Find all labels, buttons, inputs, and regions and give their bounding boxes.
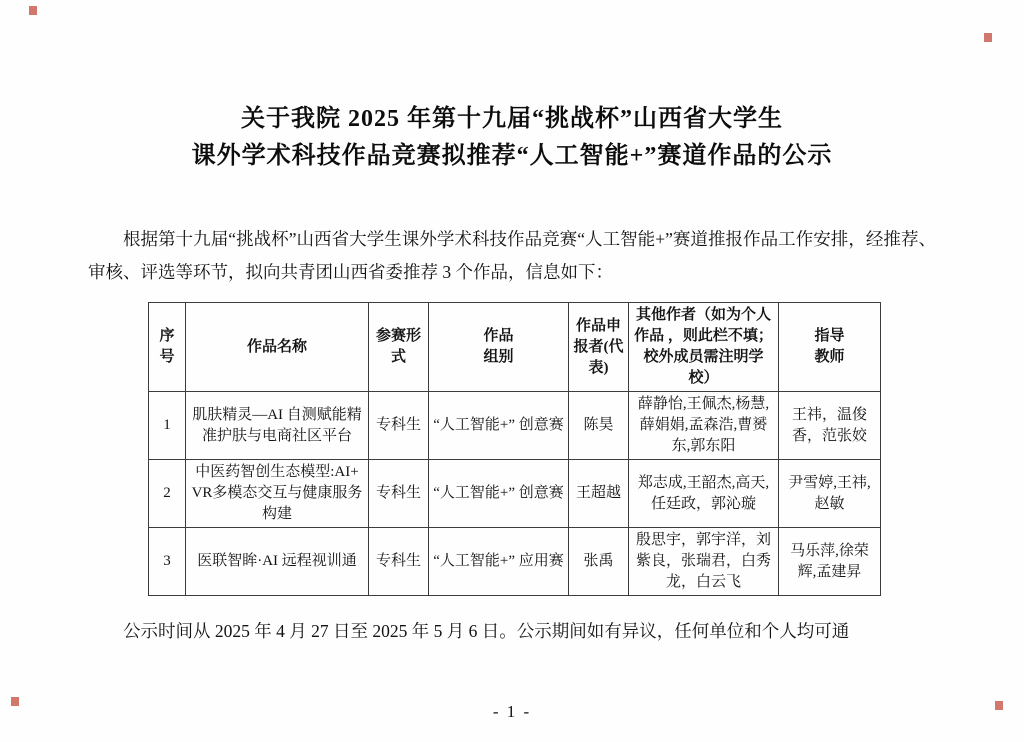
red-corner-mark-bottom-left — [11, 697, 19, 706]
row1-work-group: “人工智能+” 创意赛 — [429, 392, 569, 460]
row2-work-group: “人工智能+” 创意赛 — [429, 460, 569, 528]
row1-entry-form: 专科生 — [369, 392, 429, 460]
closing-paragraph: 公示时间从 2025 年 4 月 27 日至 2025 年 5 月 6 日。公示… — [88, 615, 936, 648]
header-other-authors: 其他作者（如为个人作品 ，则此栏不填；校外成员需注明学校） — [629, 303, 779, 392]
header-work-group: 作品 组别 — [429, 303, 569, 392]
document-title-line-2: 课外学术科技作品竞赛拟推荐“人工智能+”赛道作品的公示 — [0, 138, 1024, 175]
row3-advisors: 马乐萍,徐荣辉,孟建昇 — [779, 528, 881, 596]
row3-applicant: 张禹 — [569, 528, 629, 596]
row2-entry-form: 专科生 — [369, 460, 429, 528]
row1-other-authors: 薛静怡,王佩杰,杨慧,薛娟娟,孟森浩,曹赟东,郭东阳 — [629, 392, 779, 460]
red-corner-mark-top-right — [984, 33, 992, 42]
header-work-title: 作品名称 — [186, 303, 369, 392]
row2-other-authors: 郑志成,王韶杰,高天,任廷政，郭沁璇 — [629, 460, 779, 528]
document-title: 关于我院 2025 年第十九届“挑战杯”山西省大学生 课外学术科技作品竞赛拟推荐… — [0, 0, 1024, 175]
row1-work-title: 肌肤精灵—AI 自测赋能精准护肤与电商社区平台 — [186, 392, 369, 460]
red-corner-mark-top-left — [29, 6, 37, 15]
row1-advisors: 王祎，温俊香，范张姣 — [779, 392, 881, 460]
row1-applicant: 陈昊 — [569, 392, 629, 460]
header-entry-form: 参赛形式 — [369, 303, 429, 392]
table-row-2: 2 中医药智创生态模型:AI+VR多模态交互与健康服务构建 专科生 “人工智能+… — [149, 460, 881, 528]
table-row-1: 1 肌肤精灵—AI 自测赋能精准护肤与电商社区平台 专科生 “人工智能+” 创意… — [149, 392, 881, 460]
row3-entry-form: 专科生 — [369, 528, 429, 596]
document-title-line-1: 关于我院 2025 年第十九届“挑战杯”山西省大学生 — [0, 101, 1024, 138]
header-advisors: 指导 教师 — [779, 303, 881, 392]
header-applicant: 作品申报者(代表) — [569, 303, 629, 392]
row1-index: 1 — [149, 392, 186, 460]
row3-work-title: 医联智眸·AI 远程视训通 — [186, 528, 369, 596]
header-index: 序号 — [149, 303, 186, 392]
red-corner-mark-bottom-right — [995, 701, 1003, 710]
row3-work-group: “人工智能+” 应用赛 — [429, 528, 569, 596]
recommended-works-table: 序号 作品名称 参赛形式 作品 组别 作品申报者(代表) 其他作者（如为个人作品… — [148, 302, 881, 596]
row2-index: 2 — [149, 460, 186, 528]
table-header-row: 序号 作品名称 参赛形式 作品 组别 作品申报者(代表) 其他作者（如为个人作品… — [149, 303, 881, 392]
row3-other-authors: 殷思宇，郭宇洋，刘紫良，张瑞君，白秀龙，白云飞 — [629, 528, 779, 596]
row2-applicant: 王超越 — [569, 460, 629, 528]
intro-paragraph: 根据第十九届“挑战杯”山西省大学生课外学术科技作品竞赛“人工智能+”赛道推报作品… — [88, 223, 936, 289]
table-row-3: 3 医联智眸·AI 远程视训通 专科生 “人工智能+” 应用赛 张禹 殷思宇，郭… — [149, 528, 881, 596]
row2-advisors: 尹雪婷,王祎,赵敏 — [779, 460, 881, 528]
page-number: - 1 - — [0, 702, 1024, 722]
row2-work-title: 中医药智创生态模型:AI+VR多模态交互与健康服务构建 — [186, 460, 369, 528]
scanned-notice-page: 关于我院 2025 年第十九届“挑战杯”山西省大学生 课外学术科技作品竞赛拟推荐… — [0, 0, 1024, 742]
row3-index: 3 — [149, 528, 186, 596]
